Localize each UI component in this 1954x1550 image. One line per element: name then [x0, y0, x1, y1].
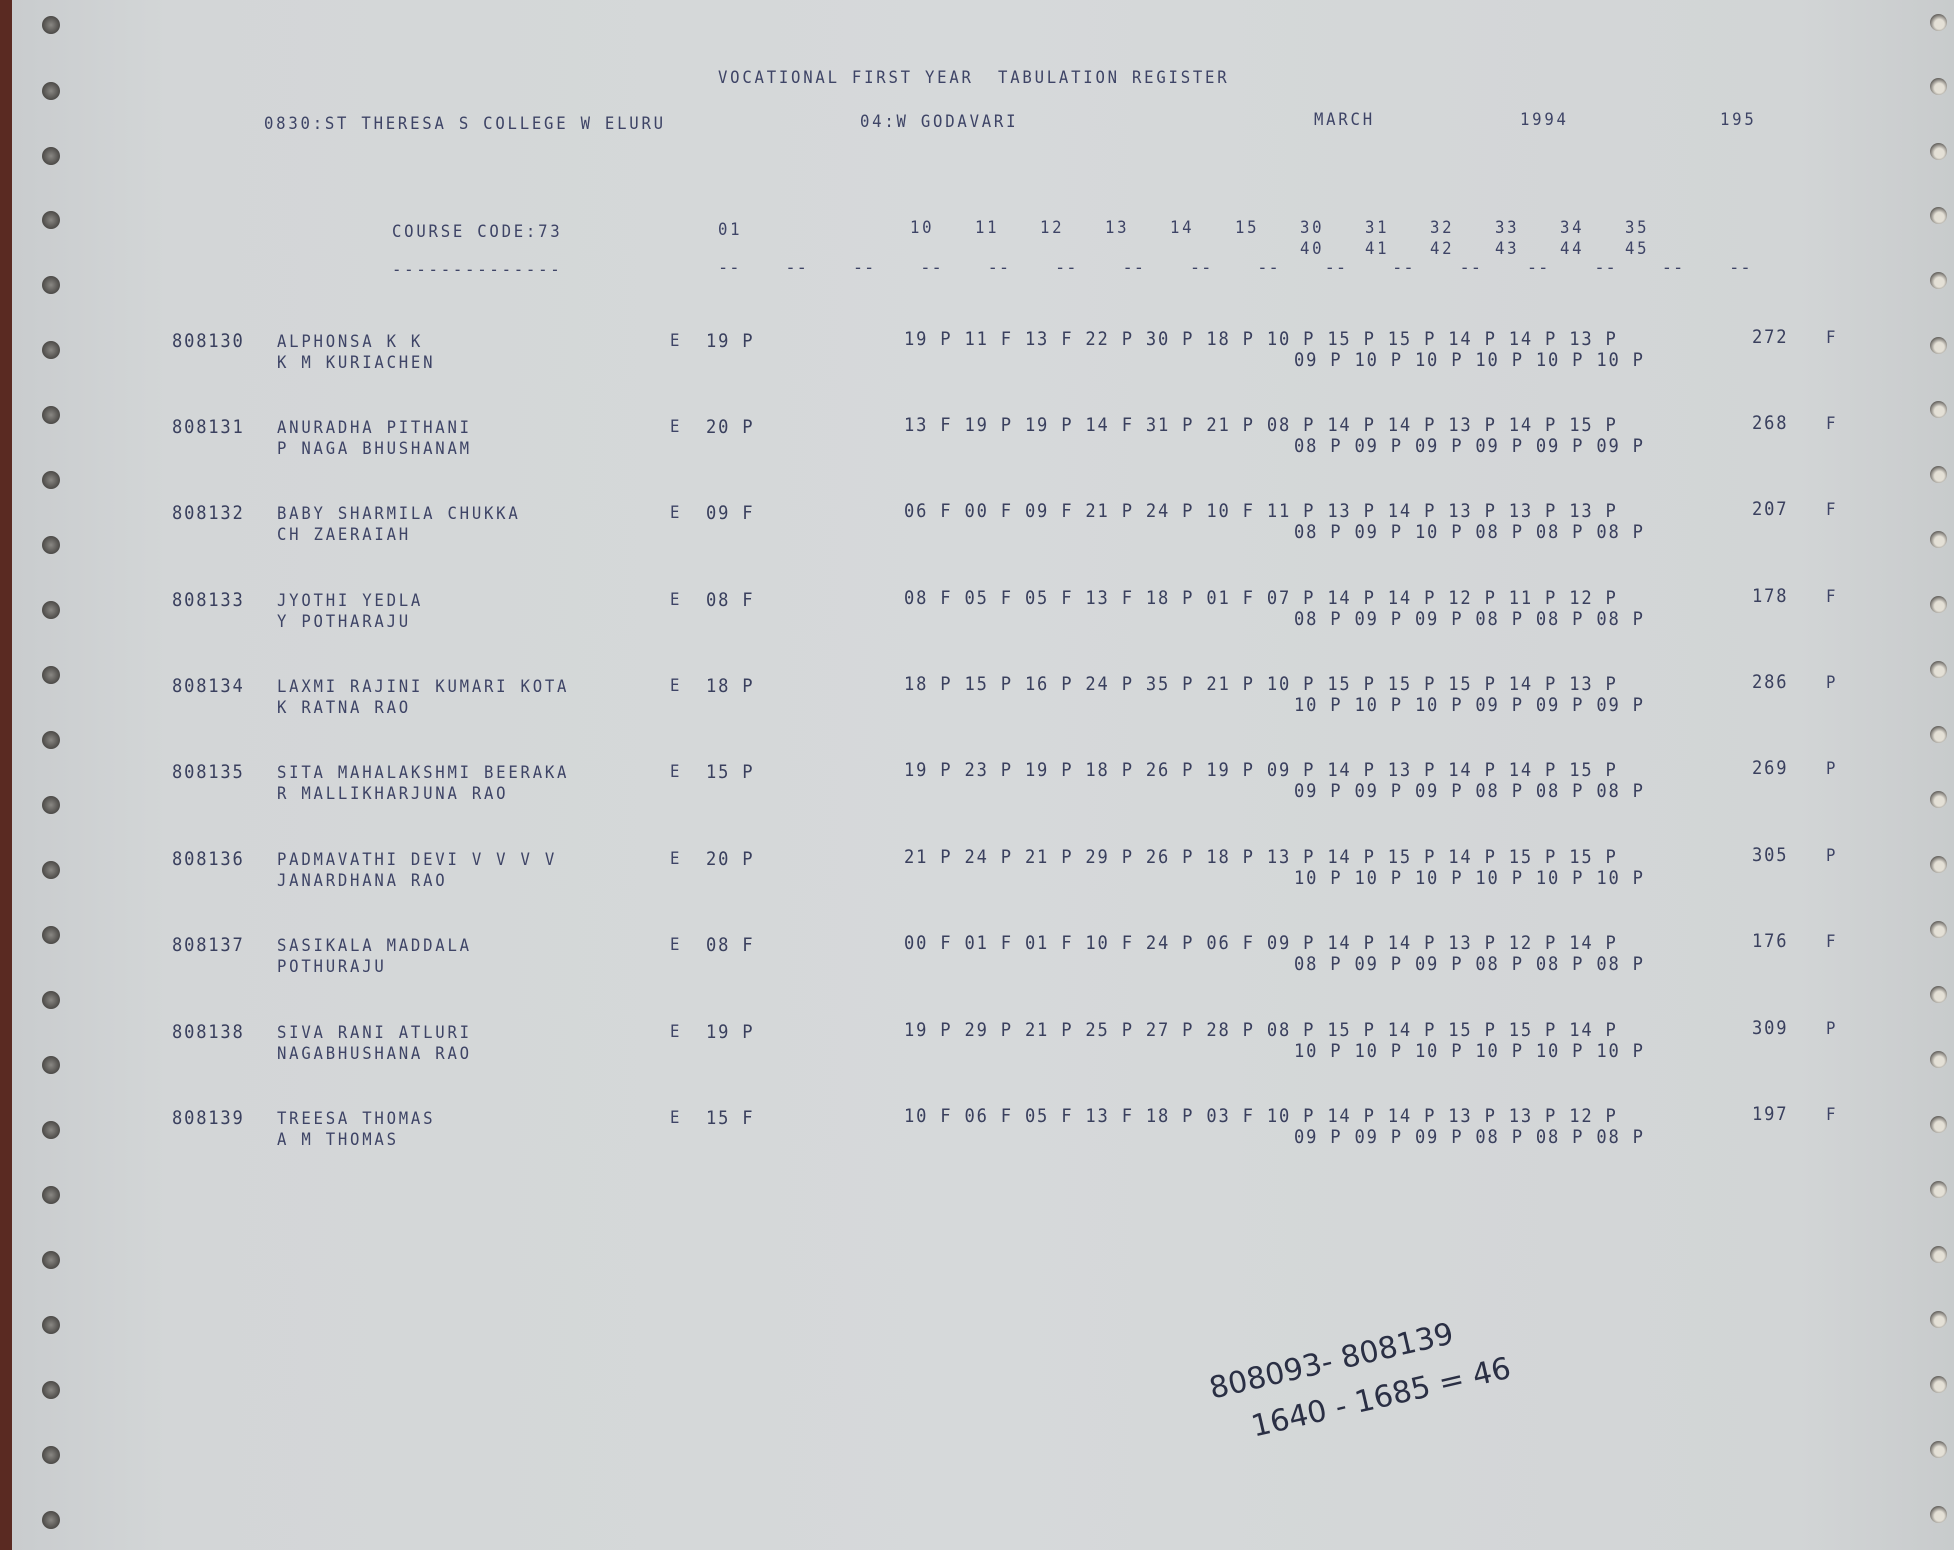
col-header: 31 — [1365, 218, 1389, 238]
marks-line-1: 19 P 11 F 13 F 22 P 30 P 18 P 10 P 15 P … — [904, 328, 1618, 350]
medium: E — [670, 935, 682, 955]
hall-ticket-number: 808133 — [172, 589, 245, 611]
result-status: P — [1826, 1019, 1838, 1039]
course-code: COURSE CODE:73 — [392, 222, 562, 242]
marks-line-2: 08 P 09 P 10 P 08 P 08 P 08 P — [1294, 521, 1645, 543]
result-status: F — [1826, 932, 1838, 952]
feed-hole-icon — [42, 1251, 60, 1269]
part1-mark: 19 P — [706, 330, 754, 352]
total-marks: 207 — [1752, 498, 1788, 520]
total-marks: 268 — [1752, 412, 1788, 434]
part1-mark: 09 F — [706, 502, 754, 524]
column-separator: -- -- -- -- -- -- -- -- -- -- -- -- -- -… — [718, 258, 1752, 278]
part1-mark: 08 F — [706, 589, 754, 611]
feed-hole-icon — [42, 82, 60, 100]
feed-hole-icon — [1930, 143, 1947, 160]
part1-mark: 18 P — [706, 675, 754, 697]
hall-ticket-number: 808134 — [172, 675, 245, 697]
col-header: 12 — [1040, 218, 1064, 238]
col-header: 34 — [1560, 218, 1584, 238]
total-marks: 309 — [1752, 1017, 1788, 1039]
student-name: SIVA RANI ATLURI — [277, 1023, 472, 1043]
student-row: 808139 TREESA THOMAS A M THOMAS E 15 F 1… — [12, 1107, 1954, 1167]
feed-hole-icon — [42, 1316, 60, 1334]
col-header-second: 40 — [1300, 239, 1324, 259]
parent-name: A M THOMAS — [277, 1130, 399, 1150]
marks-line-1: 18 P 15 P 16 P 24 P 35 P 21 P 10 P 15 P … — [904, 673, 1618, 695]
exam-month: MARCH — [1314, 110, 1375, 130]
col-header: 15 — [1235, 218, 1259, 238]
result-status: P — [1826, 759, 1838, 779]
student-name: PADMAVATHI DEVI V V V V — [277, 850, 557, 870]
printout-page: VOCATIONAL FIRST YEAR TABULATION REGISTE… — [12, 0, 1954, 1550]
marks-line-1: 19 P 23 P 19 P 18 P 26 P 19 P 09 P 14 P … — [904, 759, 1618, 781]
hall-ticket-number: 808130 — [172, 330, 245, 352]
parent-name: POTHURAJU — [277, 957, 387, 977]
marks-line-2: 09 P 09 P 09 P 08 P 08 P 08 P — [1294, 780, 1645, 802]
feed-hole-icon — [42, 1446, 60, 1464]
feed-hole-icon — [1930, 1181, 1947, 1198]
marks-line-2: 08 P 09 P 09 P 08 P 08 P 08 P — [1294, 608, 1645, 630]
marks-line-1: 10 F 06 F 05 F 13 F 18 P 03 F 10 P 14 P … — [904, 1105, 1618, 1127]
student-row: 808132 BABY SHARMILA CHUKKA CH ZAERAIAH … — [12, 502, 1954, 562]
marks-line-2: 10 P 10 P 10 P 09 P 09 P 09 P — [1294, 694, 1645, 716]
col-header-second: 43 — [1495, 239, 1519, 259]
marks-line-1: 06 F 00 F 09 F 21 P 24 P 10 F 11 P 13 P … — [904, 500, 1618, 522]
feed-hole-icon — [42, 1511, 60, 1529]
feed-hole-icon — [1930, 1376, 1947, 1393]
part1-mark: 08 F — [706, 934, 754, 956]
col-header-second: 44 — [1560, 239, 1584, 259]
feed-hole-icon — [1930, 1246, 1947, 1263]
student-name: TREESA THOMAS — [277, 1109, 435, 1129]
student-name: ALPHONSA K K — [277, 332, 423, 352]
student-name: JYOTHI YEDLA — [277, 591, 423, 611]
total-marks: 178 — [1752, 585, 1788, 607]
parent-name: JANARDHANA RAO — [277, 871, 447, 891]
student-name: ANURADHA PITHANI — [277, 418, 472, 438]
col-header: 10 — [910, 218, 934, 238]
result-status: F — [1826, 500, 1838, 520]
marks-line-2: 08 P 09 P 09 P 09 P 09 P 09 P — [1294, 435, 1645, 457]
feed-hole-icon — [1930, 78, 1947, 95]
feed-hole-icon — [1930, 1441, 1947, 1458]
part1-mark: 20 P — [706, 416, 754, 438]
medium: E — [670, 1108, 682, 1128]
hall-ticket-number: 808132 — [172, 502, 245, 524]
result-status: F — [1826, 414, 1838, 434]
student-row: 808130 ALPHONSA K K K M KURIACHEN E 19 P… — [12, 330, 1954, 390]
course-code-underline: -------------- — [392, 260, 562, 280]
marks-line-1: 19 P 29 P 21 P 25 P 27 P 28 P 08 P 15 P … — [904, 1019, 1618, 1041]
parent-name: R MALLIKHARJUNA RAO — [277, 784, 508, 804]
medium: E — [670, 676, 682, 696]
feed-hole-icon — [42, 16, 60, 34]
parent-name: P NAGA BHUSHANAM — [277, 439, 472, 459]
col-header: 32 — [1430, 218, 1454, 238]
exam-year: 1994 — [1520, 110, 1569, 130]
result-status: F — [1826, 587, 1838, 607]
marks-line-1: 08 F 05 F 05 F 13 F 18 P 01 F 07 P 14 P … — [904, 587, 1618, 609]
result-status: F — [1826, 1105, 1838, 1125]
part1-mark: 15 P — [706, 761, 754, 783]
col-header: 13 — [1105, 218, 1129, 238]
student-row: 808131 ANURADHA PITHANI P NAGA BHUSHANAM… — [12, 416, 1954, 476]
medium: E — [670, 762, 682, 782]
marks-line-2: 10 P 10 P 10 P 10 P 10 P 10 P — [1294, 1040, 1645, 1062]
part1-mark: 15 F — [706, 1107, 754, 1129]
parent-name: K RATNA RAO — [277, 698, 411, 718]
col-header: 35 — [1625, 218, 1649, 238]
student-name: SASIKALA MADDALA — [277, 936, 472, 956]
result-status: P — [1826, 673, 1838, 693]
student-row: 808136 PADMAVATHI DEVI V V V V JANARDHAN… — [12, 848, 1954, 908]
medium: E — [670, 849, 682, 869]
feed-hole-icon — [1930, 1506, 1947, 1523]
parent-name: NAGABHUSHANA RAO — [277, 1044, 472, 1064]
col-header-second: 45 — [1625, 239, 1649, 259]
medium: E — [670, 590, 682, 610]
hall-ticket-number: 808136 — [172, 848, 245, 870]
marks-line-1: 21 P 24 P 21 P 29 P 26 P 18 P 13 P 14 P … — [904, 846, 1618, 868]
total-marks: 272 — [1752, 326, 1788, 348]
college-name: 0830:ST THERESA S COLLEGE W ELURU — [264, 114, 666, 134]
feed-hole-icon — [42, 1381, 60, 1399]
hall-ticket-number: 808138 — [172, 1021, 245, 1043]
feed-hole-icon — [1930, 14, 1947, 31]
col-01-header: 01 — [718, 220, 742, 240]
medium: E — [670, 503, 682, 523]
marks-line-2: 09 P 09 P 09 P 08 P 08 P 08 P — [1294, 1126, 1645, 1148]
marks-line-1: 13 F 19 P 19 P 14 F 31 P 21 P 08 P 14 P … — [904, 414, 1618, 436]
district-name: 04:W GODAVARI — [860, 112, 1018, 132]
result-status: P — [1826, 846, 1838, 866]
part1-mark: 20 P — [706, 848, 754, 870]
feed-hole-icon — [42, 147, 60, 165]
parent-name: CH ZAERAIAH — [277, 525, 411, 545]
col-header: 33 — [1495, 218, 1519, 238]
student-row: 808138 SIVA RANI ATLURI NAGABHUSHANA RAO… — [12, 1021, 1954, 1081]
result-status: F — [1826, 328, 1838, 348]
student-row: 808133 JYOTHI YEDLA Y POTHARAJU E 08 F 0… — [12, 589, 1954, 649]
student-row: 808134 LAXMI RAJINI KUMARI KOTA K RATNA … — [12, 675, 1954, 735]
page-number: 195 — [1720, 110, 1757, 130]
report-title: VOCATIONAL FIRST YEAR TABULATION REGISTE… — [718, 68, 1229, 88]
marks-line-2: 08 P 09 P 09 P 08 P 08 P 08 P — [1294, 953, 1645, 975]
student-name: LAXMI RAJINI KUMARI KOTA — [277, 677, 569, 697]
feed-hole-icon — [42, 211, 60, 229]
hall-ticket-number: 808137 — [172, 934, 245, 956]
hall-ticket-number: 808139 — [172, 1107, 245, 1129]
feed-hole-icon — [1930, 272, 1947, 289]
part1-mark: 19 P — [706, 1021, 754, 1043]
col-header-second: 42 — [1430, 239, 1454, 259]
student-name: BABY SHARMILA CHUKKA — [277, 504, 521, 524]
medium: E — [670, 1022, 682, 1042]
col-header: 14 — [1170, 218, 1194, 238]
parent-name: Y POTHARAJU — [277, 612, 411, 632]
hall-ticket-number: 808131 — [172, 416, 245, 438]
marks-line-2: 09 P 10 P 10 P 10 P 10 P 10 P — [1294, 349, 1645, 371]
student-row: 808137 SASIKALA MADDALA POTHURAJU E 08 F… — [12, 934, 1954, 994]
feed-hole-icon — [42, 1186, 60, 1204]
feed-hole-icon — [1930, 1311, 1947, 1328]
total-marks: 286 — [1752, 671, 1788, 693]
student-name: SITA MAHALAKSHMI BEERAKA — [277, 763, 569, 783]
col-header-second: 41 — [1365, 239, 1389, 259]
student-row: 808135 SITA MAHALAKSHMI BEERAKA R MALLIK… — [12, 761, 1954, 821]
feed-hole-icon — [1930, 207, 1947, 224]
parent-name: K M KURIACHEN — [277, 353, 435, 373]
col-header: 11 — [975, 218, 999, 238]
col-header: 30 — [1300, 218, 1324, 238]
medium: E — [670, 331, 682, 351]
marks-line-1: 00 F 01 F 01 F 10 F 24 P 06 F 09 P 14 P … — [904, 932, 1618, 954]
marks-line-2: 10 P 10 P 10 P 10 P 10 P 10 P — [1294, 867, 1645, 889]
hall-ticket-number: 808135 — [172, 761, 245, 783]
feed-hole-icon — [42, 276, 60, 294]
total-marks: 176 — [1752, 930, 1788, 952]
medium: E — [670, 417, 682, 437]
total-marks: 269 — [1752, 757, 1788, 779]
total-marks: 197 — [1752, 1103, 1788, 1125]
total-marks: 305 — [1752, 844, 1788, 866]
